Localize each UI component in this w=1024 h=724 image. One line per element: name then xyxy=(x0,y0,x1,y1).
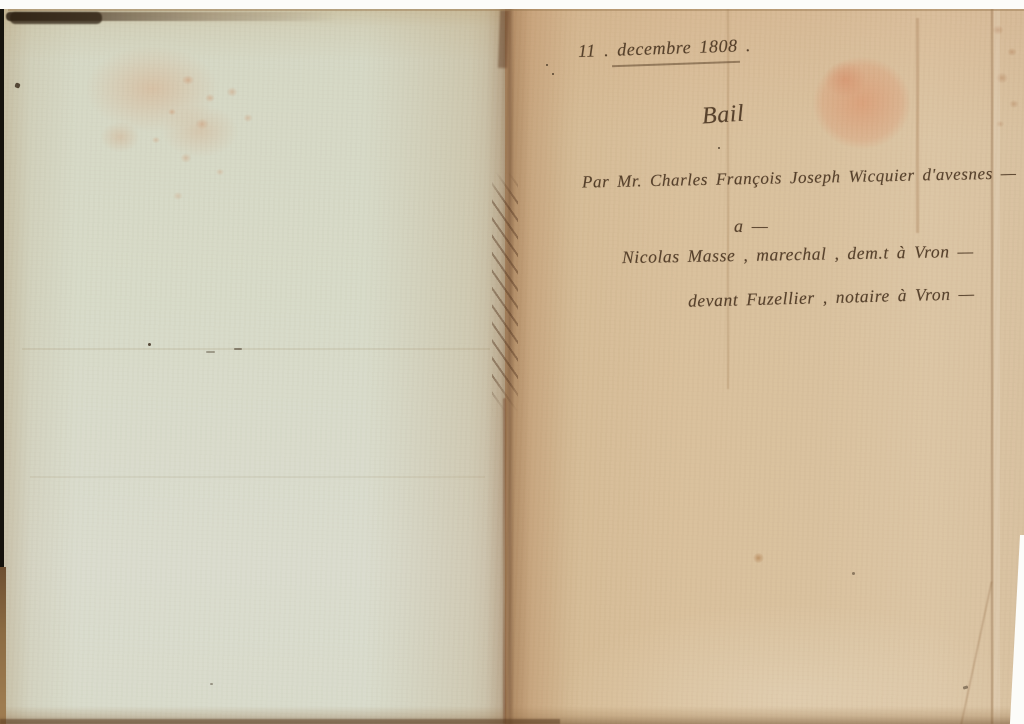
pencil-dash xyxy=(206,351,215,353)
scanned-document: 11 . decembre 1808 . Bail Par Mr. Charle… xyxy=(0,0,1024,724)
ink-speck xyxy=(148,343,151,346)
fold-lower-crease xyxy=(503,398,506,724)
pencil-dash xyxy=(234,348,242,350)
paper-left-edge-brown xyxy=(0,567,6,724)
fold-stitch-marks xyxy=(492,172,518,412)
stain-small-brown-spot xyxy=(753,553,764,563)
scanner-margin-top xyxy=(0,0,1024,9)
ink-speck xyxy=(718,147,720,149)
document-title: Bail xyxy=(701,101,745,131)
ink-speck xyxy=(552,73,554,75)
paper-left-edge-dark xyxy=(0,9,4,567)
left-page-blank xyxy=(4,9,505,724)
ink-speck xyxy=(210,683,213,685)
torn-edge-top-left-dark xyxy=(10,12,102,24)
paper-top-edge xyxy=(8,9,1024,11)
right-page xyxy=(505,9,1024,724)
handwritten-preposition: a — xyxy=(734,216,768,237)
paper-bottom-edge-dark xyxy=(0,719,560,724)
ink-speck xyxy=(546,64,548,66)
ink-speck xyxy=(852,572,855,575)
